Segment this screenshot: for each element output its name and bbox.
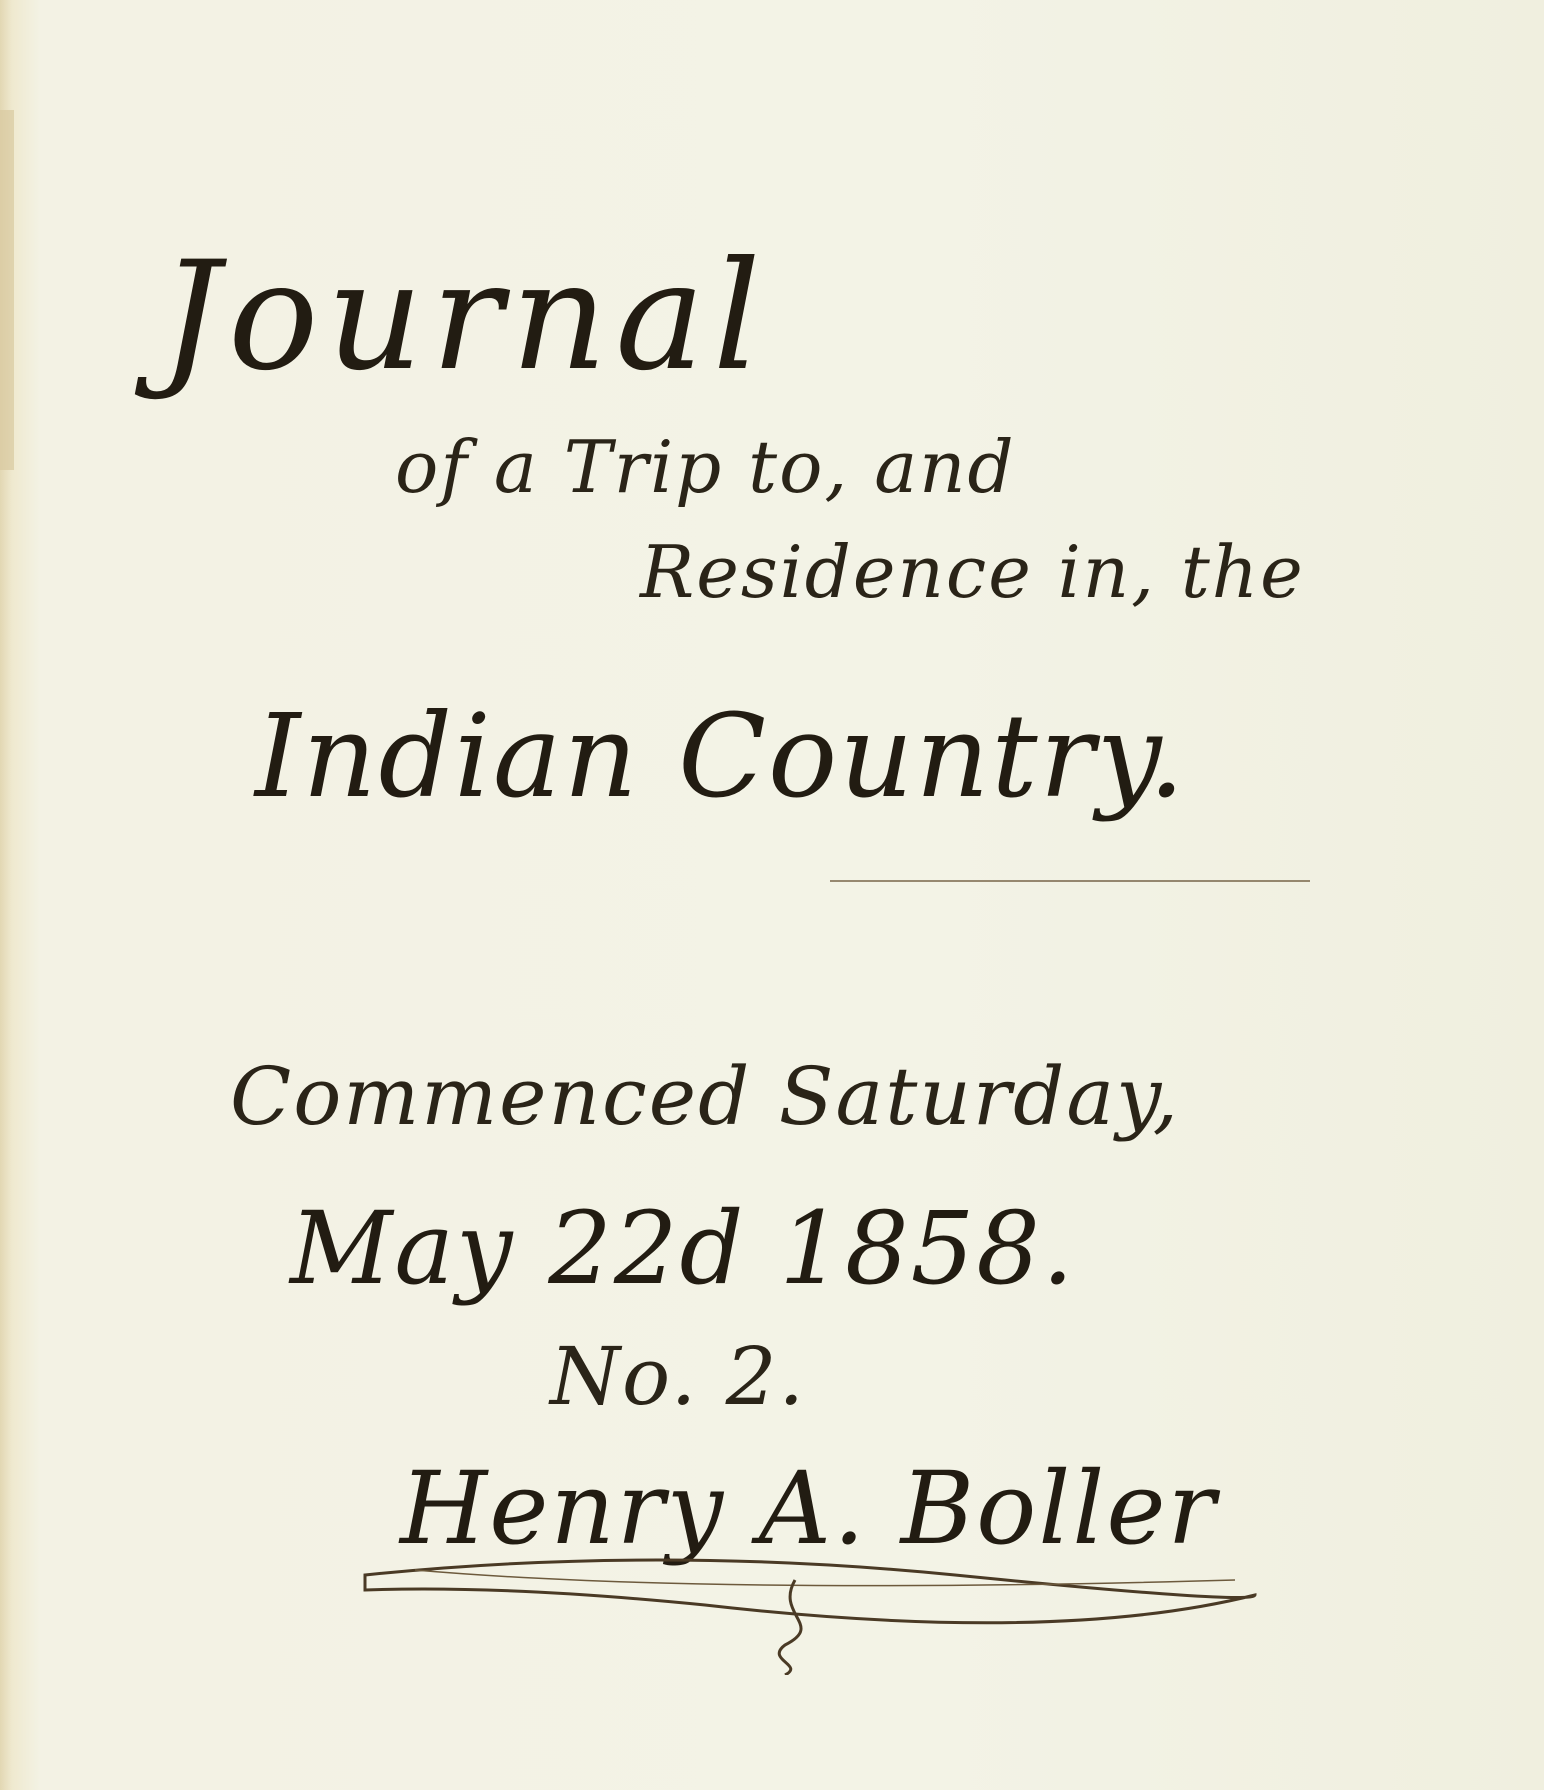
volume-number: No. 2. [550, 1330, 806, 1423]
manuscript-page: Journal of a Trip to, and Residence in, … [0, 0, 1544, 1790]
place-heading: Indian Country. [255, 690, 1187, 824]
signature-flourish-icon [355, 1535, 1275, 1675]
commenced-line: Commenced Saturday, [230, 1050, 1180, 1143]
torn-binding-edge [0, 110, 14, 470]
date-line: May 22d 1858. [290, 1190, 1076, 1307]
subtitle-line-1: of a Trip to, and [395, 425, 1016, 509]
decorative-underline [830, 880, 1310, 882]
subtitle-line-2: Residence in, the [640, 530, 1305, 614]
journal-title: Journal [160, 230, 769, 404]
